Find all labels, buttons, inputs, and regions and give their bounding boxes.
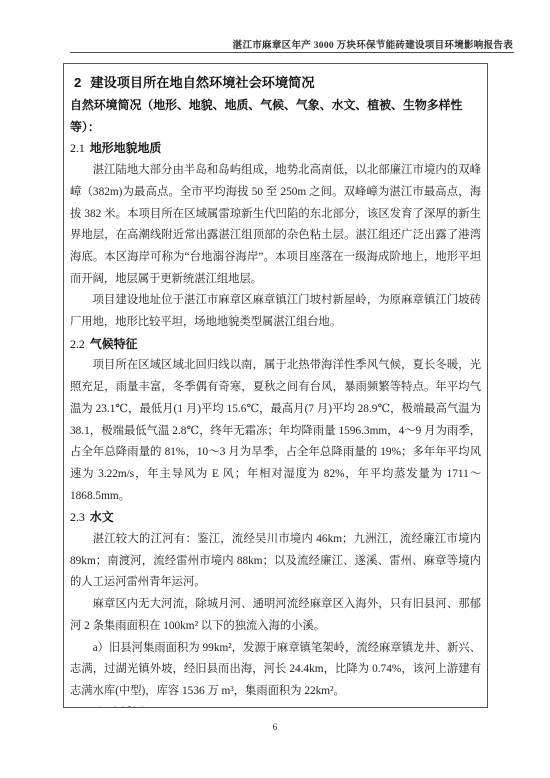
- section-title-text: 建设项目所在地自然环境社会环境简况: [90, 75, 314, 90]
- hydrology-paragraph-2: 麻章区内无大河流，除城月河、通明河流经麻章区入海外，只有旧县河、那郁河 2 条集…: [70, 594, 481, 637]
- section-number: 2: [74, 75, 81, 90]
- hydrology-paragraph-1: 湛江较大的江河有：鉴江，流经吴川市境内 46km；九洲江，流经廉江市境内 89k…: [70, 529, 481, 594]
- hydrology-paragraph-4: b）南溪河: [70, 703, 481, 708]
- heading-climate: 2.2气候特征: [70, 334, 481, 356]
- topography-paragraph-2: 项目建设地址位于湛江市麻章区麻章镇江门坡村新屋岭，为原麻章镇江门坡砖厂用地，地形…: [70, 290, 481, 333]
- heading-topography-text: 地形地貌地质: [90, 141, 161, 155]
- heading-topography-number: 2.1: [70, 141, 85, 155]
- section-title: 2建设项目所在地自然环境社会环境简况: [70, 71, 481, 95]
- report-section-box: 2建设项目所在地自然环境社会环境简况 自然环境简况（地形、地貌、地质、气候、气象…: [63, 63, 488, 708]
- heading-hydrology: 2.3水文: [70, 507, 481, 529]
- natural-environment-intro-label: 自然环境简况（地形、地貌、地质、气候、气象、水文、植被、生物多样性等）：: [70, 95, 481, 138]
- heading-hydrology-text: 水文: [90, 510, 114, 524]
- running-header-title: 湛江市麻章区年产 3000 万块环保节能砖建设项目环境影响报告表: [70, 37, 513, 51]
- heading-climate-number: 2.2: [70, 337, 85, 351]
- hydrology-paragraph-3: a）旧县河集雨面积为 99km²，发源于麻章镇笔架岭，流经麻章镇龙井、新兴、志满…: [70, 638, 481, 703]
- heading-hydrology-number: 2.3: [70, 510, 85, 524]
- header-rule-divider: [70, 52, 514, 53]
- climate-paragraph-1: 项目所在区域区域北回归线以南，属于北热带海洋性季风气候，夏长冬暖，光照充足，雨量…: [70, 355, 481, 507]
- page-number: 6: [0, 723, 550, 733]
- heading-topography: 2.1地形地貌地质: [70, 138, 481, 160]
- topography-paragraph-1: 湛江陆地大部分由半岛和岛屿组成，地势北高南低，以北部廉江市境内的双峰嶂（382m…: [70, 160, 481, 290]
- heading-climate-text: 气候特征: [90, 337, 138, 351]
